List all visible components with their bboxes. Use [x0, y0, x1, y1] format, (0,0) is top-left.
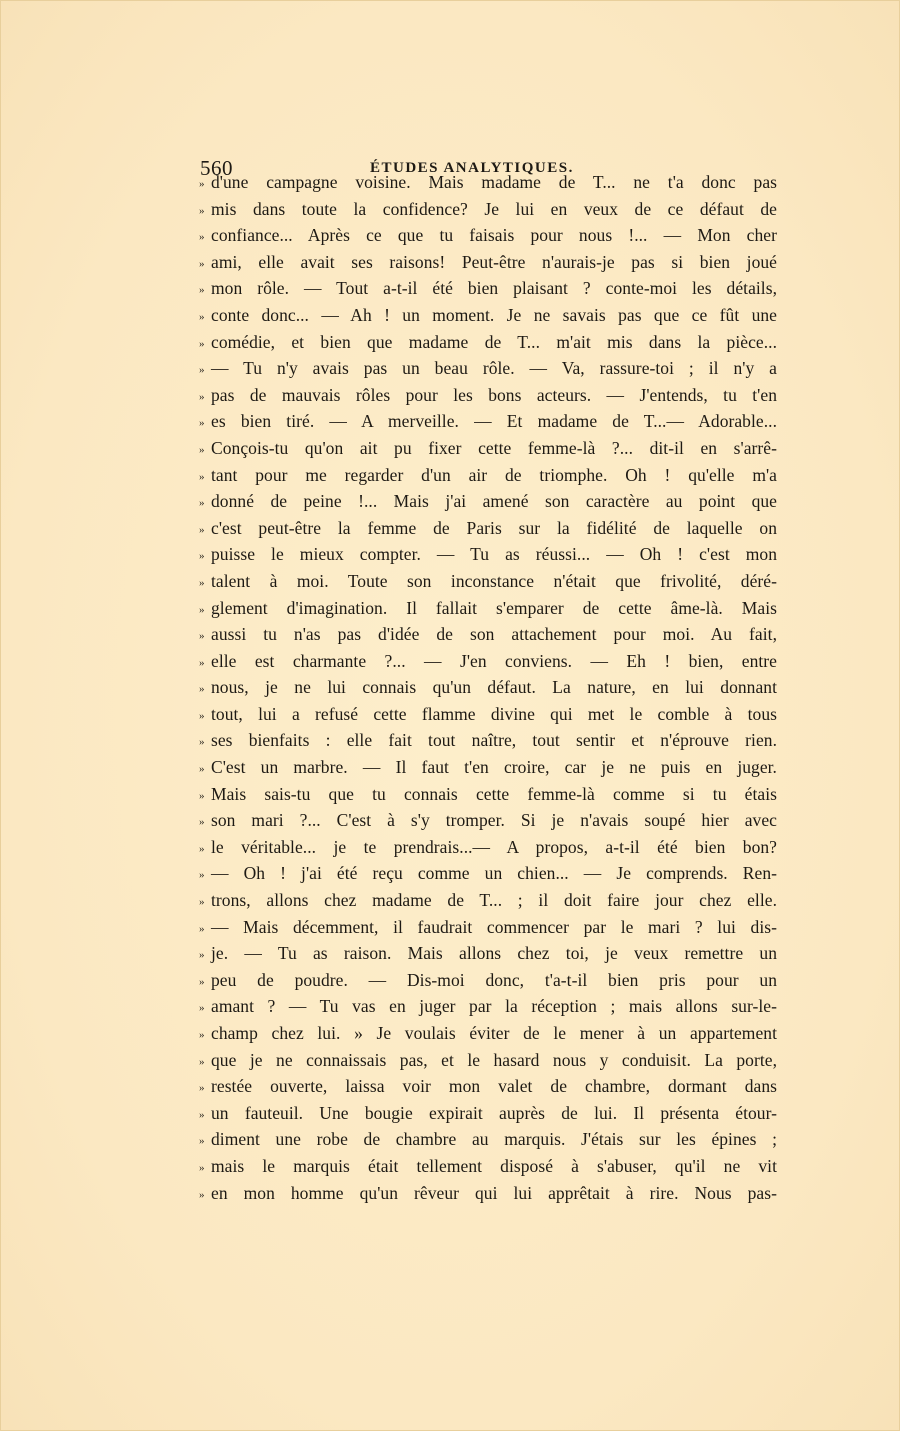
quotation-guillemet: » — [199, 543, 211, 570]
quotation-guillemet: » — [199, 597, 211, 624]
quotation-guillemet: » — [199, 1182, 211, 1209]
text-line: »pas de mauvais rôles pour les bons acte… — [199, 382, 779, 409]
text-line: »conte donc... — Ah ! un moment. Je ne s… — [199, 302, 779, 329]
quotation-guillemet: » — [199, 1155, 211, 1182]
line-text: elle est charmante ?... — J'en conviens.… — [211, 648, 777, 675]
line-text: amant ? — Tu vas en juger par la récepti… — [211, 993, 777, 1020]
line-text: donné de peine !... Mais j'ai amené son … — [211, 488, 777, 515]
quotation-guillemet: » — [199, 1049, 211, 1076]
line-text: d'une campagne voisine. Mais madame de T… — [211, 169, 777, 196]
quotation-guillemet: » — [199, 862, 211, 889]
quotation-guillemet: » — [199, 1075, 211, 1102]
line-text: diment une robe de chambre au marquis. J… — [211, 1126, 777, 1153]
text-line: »tout, lui a refusé cette flamme divine … — [199, 701, 779, 728]
line-text: es bien tiré. — A merveille. — Et madame… — [211, 408, 777, 435]
line-text: — Mais décemment, il faudrait commencer … — [211, 914, 777, 941]
line-text: je. — Tu as raison. Mais allons chez toi… — [211, 940, 777, 967]
text-line: »d'une campagne voisine. Mais madame de … — [199, 169, 779, 196]
text-line: »en mon homme qu'un rêveur qui lui apprê… — [199, 1180, 779, 1207]
line-text: tout, lui a refusé cette flamme divine q… — [211, 701, 777, 728]
quotation-guillemet: » — [199, 969, 211, 996]
text-line: »mon rôle. — Tout a-t-il été bien plaisa… — [199, 275, 779, 302]
text-line: »tant pour me regarder d'un air de triom… — [199, 462, 779, 489]
text-line: »mis dans toute la confidence? Je lui en… — [199, 196, 779, 223]
line-text: champ chez lui. » Je voulais éviter de l… — [211, 1020, 777, 1047]
quotation-guillemet: » — [199, 916, 211, 943]
line-text: nous, je ne lui connais qu'un défaut. La… — [211, 674, 777, 701]
text-line: »— Oh ! j'ai été reçu comme un chien... … — [199, 860, 779, 887]
line-text: un fauteuil. Une bougie expirait auprès … — [211, 1100, 777, 1127]
line-text: c'est peut-être la femme de Paris sur la… — [211, 515, 777, 542]
line-text: ses bienfaits : elle fait tout naître, t… — [211, 727, 777, 754]
quotation-guillemet: » — [199, 1022, 211, 1049]
text-line: »glement d'imagination. Il fallait s'emp… — [199, 595, 779, 622]
line-text: mon rôle. — Tout a-t-il été bien plaisan… — [211, 275, 777, 302]
quotation-guillemet: » — [199, 331, 211, 358]
line-text: pas de mauvais rôles pour les bons acteu… — [211, 382, 777, 409]
quotation-guillemet: » — [199, 783, 211, 810]
text-line: »diment une robe de chambre au marquis. … — [199, 1126, 779, 1153]
line-text: C'est un marbre. — Il faut t'en croire, … — [211, 754, 777, 781]
text-line: »nous, je ne lui connais qu'un défaut. L… — [199, 674, 779, 701]
line-text: — Oh ! j'ai été reçu comme un chien... —… — [211, 860, 777, 887]
quotation-guillemet: » — [199, 729, 211, 756]
text-line: »c'est peut-être la femme de Paris sur l… — [199, 515, 779, 542]
text-line: »donné de peine !... Mais j'ai amené son… — [199, 488, 779, 515]
quotation-guillemet: » — [199, 464, 211, 491]
text-line: »— Tu n'y avais pas un beau rôle. — Va, … — [199, 355, 779, 382]
quotation-guillemet: » — [199, 437, 211, 464]
line-text: puisse le mieux compter. — Tu as réussi.… — [211, 541, 777, 568]
text-line: »un fauteuil. Une bougie expirait auprès… — [199, 1100, 779, 1127]
line-text: confiance... Après ce que tu faisais pou… — [211, 222, 777, 249]
line-text: le véritable... je te prendrais...— A pr… — [211, 834, 777, 861]
quotation-guillemet: » — [199, 1102, 211, 1129]
quotation-guillemet: » — [199, 623, 211, 650]
quotation-guillemet: » — [199, 384, 211, 411]
text-line: »comédie, et bien que madame de T... m'a… — [199, 329, 779, 356]
line-text: mis dans toute la confidence? Je lui en … — [211, 196, 777, 223]
text-line: »ses bienfaits : elle fait tout naître, … — [199, 727, 779, 754]
text-line: »es bien tiré. — A merveille. — Et madam… — [199, 408, 779, 435]
line-text: peu de poudre. — Dis-moi donc, t'a-t-il … — [211, 967, 777, 994]
quotation-guillemet: » — [199, 304, 211, 331]
text-line: »restée ouverte, laissa voir mon valet d… — [199, 1073, 779, 1100]
line-text: que je ne connaissais pas, et le hasard … — [211, 1047, 777, 1074]
quotation-guillemet: » — [199, 410, 211, 437]
text-line: »que je ne connaissais pas, et le hasard… — [199, 1047, 779, 1074]
text-line: »mais le marquis était tellement disposé… — [199, 1153, 779, 1180]
text-line: »le véritable... je te prendrais...— A p… — [199, 834, 779, 861]
line-text: Conçois-tu qu'on ait pu fixer cette femm… — [211, 435, 777, 462]
quotation-guillemet: » — [199, 995, 211, 1022]
line-text: aussi tu n'as pas d'idée de son attachem… — [211, 621, 777, 648]
quotation-guillemet: » — [199, 703, 211, 730]
quotation-guillemet: » — [199, 277, 211, 304]
line-text: mais le marquis était tellement disposé … — [211, 1153, 777, 1180]
quotation-guillemet: » — [199, 517, 211, 544]
quotation-guillemet: » — [199, 251, 211, 278]
quotation-guillemet: » — [199, 198, 211, 225]
text-line: »amant ? — Tu vas en juger par la récept… — [199, 993, 779, 1020]
text-line: »C'est un marbre. — Il faut t'en croire,… — [199, 754, 779, 781]
text-line: »champ chez lui. » Je voulais éviter de … — [199, 1020, 779, 1047]
quotation-guillemet: » — [199, 570, 211, 597]
text-line: »Mais sais-tu que tu connais cette femme… — [199, 781, 779, 808]
line-text: conte donc... — Ah ! un moment. Je ne sa… — [211, 302, 777, 329]
line-text: ami, elle avait ses raisons! Peut-être n… — [211, 249, 777, 276]
line-text: trons, allons chez madame de T... ; il d… — [211, 887, 777, 914]
line-text: son mari ?... C'est à s'y tromper. Si je… — [211, 807, 777, 834]
line-text: tant pour me regarder d'un air de triomp… — [211, 462, 777, 489]
quotation-guillemet: » — [199, 676, 211, 703]
quotation-guillemet: » — [199, 836, 211, 863]
quotation-guillemet: » — [199, 1128, 211, 1155]
quotation-guillemet: » — [199, 357, 211, 384]
text-line: »peu de poudre. — Dis-moi donc, t'a-t-il… — [199, 967, 779, 994]
text-line: »aussi tu n'as pas d'idée de son attache… — [199, 621, 779, 648]
quotation-guillemet: » — [199, 224, 211, 251]
quotation-guillemet: » — [199, 171, 211, 198]
quotation-guillemet: » — [199, 942, 211, 969]
quotation-guillemet: » — [199, 889, 211, 916]
text-line: »Conçois-tu qu'on ait pu fixer cette fem… — [199, 435, 779, 462]
text-line: »ami, elle avait ses raisons! Peut-être … — [199, 249, 779, 276]
line-text: comédie, et bien que madame de T... m'ai… — [211, 329, 777, 356]
text-line: »puisse le mieux compter. — Tu as réussi… — [199, 541, 779, 568]
quotation-guillemet: » — [199, 756, 211, 783]
text-line: »confiance... Après ce que tu faisais po… — [199, 222, 779, 249]
quotation-guillemet: » — [199, 809, 211, 836]
text-line: »talent à moi. Toute son inconstance n'é… — [199, 568, 779, 595]
text-line: »son mari ?... C'est à s'y tromper. Si j… — [199, 807, 779, 834]
text-line: »je. — Tu as raison. Mais allons chez to… — [199, 940, 779, 967]
text-line: »trons, allons chez madame de T... ; il … — [199, 887, 779, 914]
text-line: »elle est charmante ?... — J'en conviens… — [199, 648, 779, 675]
line-text: en mon homme qu'un rêveur qui lui apprêt… — [211, 1180, 777, 1207]
book-page: 560 ÉTUDES ANALYTIQUES. »d'une campagne … — [0, 0, 900, 1431]
quotation-guillemet: » — [199, 650, 211, 677]
text-line: »— Mais décemment, il faudrait commencer… — [199, 914, 779, 941]
line-text: talent à moi. Toute son inconstance n'ét… — [211, 568, 777, 595]
line-text: glement d'imagination. Il fallait s'empa… — [211, 595, 777, 622]
body-text: »d'une campagne voisine. Mais madame de … — [199, 169, 779, 1206]
quotation-guillemet: » — [199, 490, 211, 517]
line-text: — Tu n'y avais pas un beau rôle. — Va, r… — [211, 355, 777, 382]
line-text: Mais sais-tu que tu connais cette femme-… — [211, 781, 777, 808]
line-text: restée ouverte, laissa voir mon valet de… — [211, 1073, 777, 1100]
